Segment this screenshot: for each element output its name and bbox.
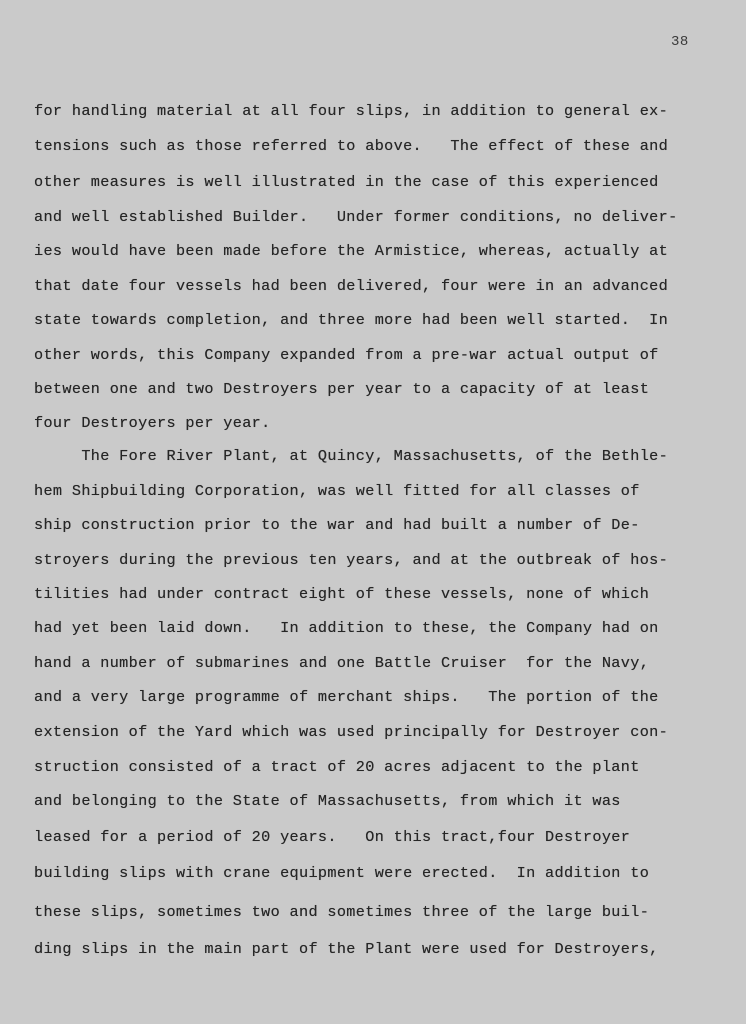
text-line: had yet been laid down. In addition to t… [34,619,659,637]
text-line: state towards completion, and three more… [34,311,668,329]
text-line: ies would have been made before the Armi… [34,242,668,260]
text-line: leased for a period of 20 years. On this… [34,828,630,846]
text-line: tensions such as those referred to above… [34,137,668,155]
text-line: ding slips in the main part of the Plant… [34,940,659,958]
text-line: that date four vessels had been delivere… [34,277,668,295]
text-line: other words, this Company expanded from … [34,346,659,364]
text-line: extension of the Yard which was used pri… [34,723,668,741]
text-line: between one and two Destroyers per year … [34,380,649,398]
page-number: 38 [671,34,689,50]
text-line: ship construction prior to the war and h… [34,516,640,534]
text-line: building slips with crane equipment were… [34,864,649,882]
text-line: and belonging to the State of Massachuse… [34,792,621,810]
text-line: struction consisted of a tract of 20 acr… [34,758,640,776]
text-line: these slips, sometimes two and sometimes… [34,903,649,921]
text-line: hem Shipbuilding Corporation, was well f… [34,482,640,500]
text-line: four Destroyers per year. [34,414,271,432]
text-line: for handling material at all four slips,… [34,102,668,120]
text-line: hand a number of submarines and one Batt… [34,654,649,672]
text-line: stroyers during the previous ten years, … [34,551,668,569]
paragraph-start-line: The Fore River Plant, at Quincy, Massach… [34,447,668,465]
text-line: and well established Builder. Under form… [34,208,678,226]
text-line: other measures is well illustrated in th… [34,173,659,191]
text-line: tilities had under contract eight of the… [34,585,649,603]
document-page: 38 for handling material at all four sli… [0,0,746,1024]
text-line: and a very large programme of merchant s… [34,688,659,706]
